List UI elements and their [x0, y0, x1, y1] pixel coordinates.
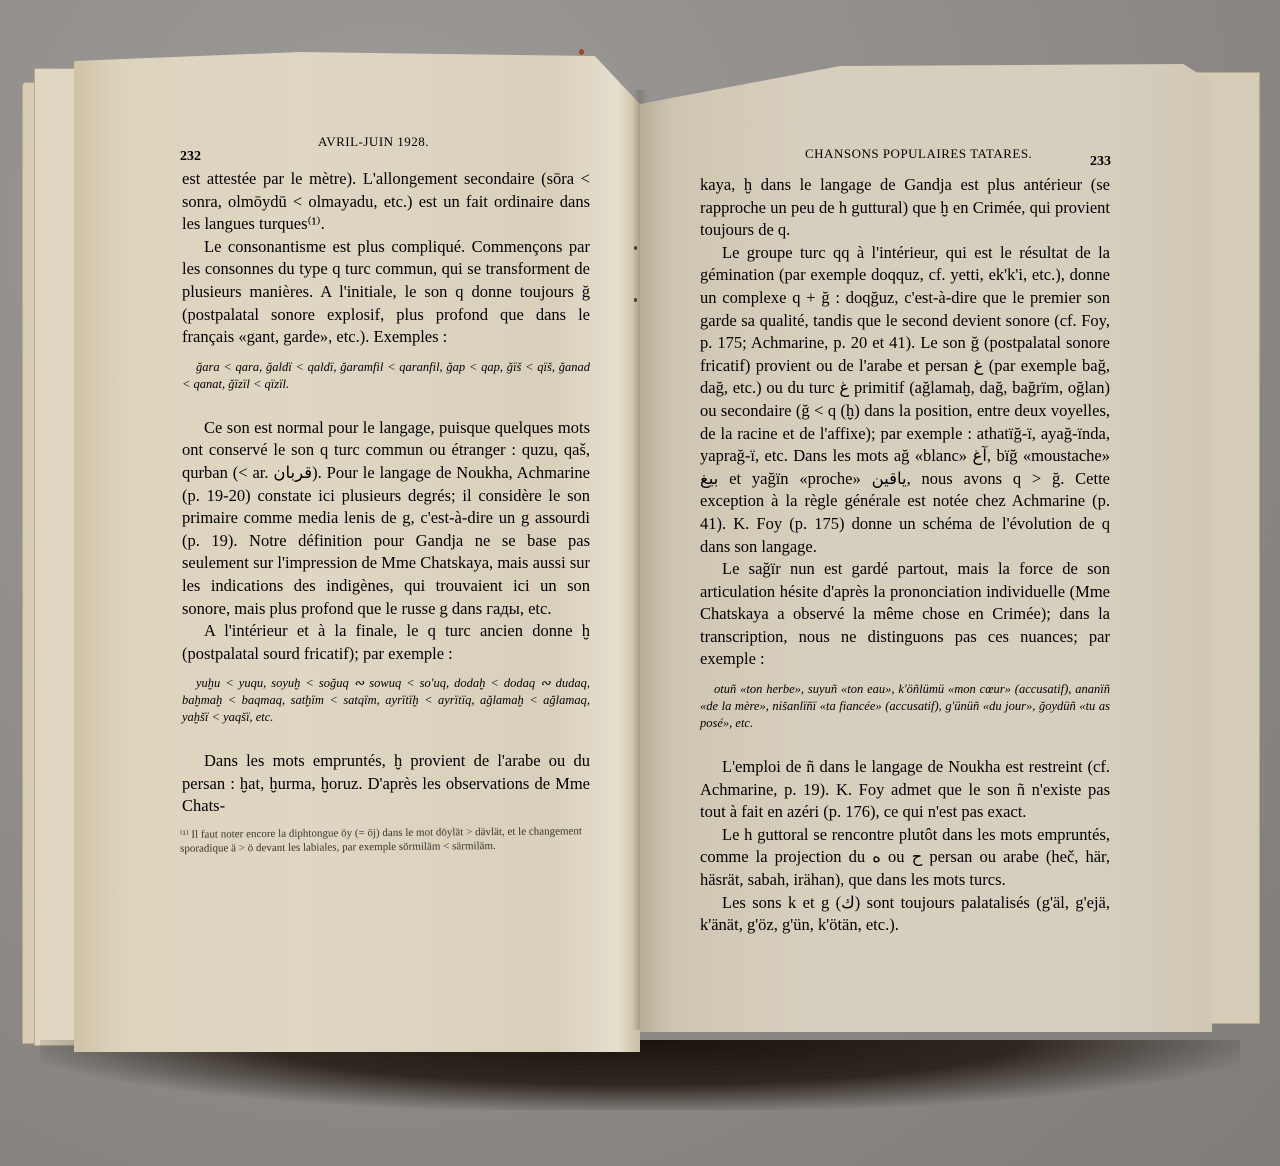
left-paragraph-5: Dans les mots empruntés, ḫ provient de l…	[182, 750, 590, 818]
red-speck	[579, 49, 584, 55]
binding-hole	[634, 246, 637, 250]
left-paragraph-4: A l'intérieur et à la finale, le q turc …	[182, 620, 590, 665]
left-paragraph-2: Le consonantisme est plus compliqué. Com…	[182, 236, 590, 349]
left-page-number: 232	[180, 149, 201, 165]
right-page-body: kaya, ḫ dans le langage de Gandja est pl…	[700, 174, 1110, 937]
left-page-body: est attestée par le mètre). L'allongemen…	[182, 168, 590, 818]
right-page-number: 233	[1090, 154, 1111, 170]
left-footnote: ⁽¹⁾ Il faut noter encore la diphtongue ö…	[180, 824, 590, 856]
right-example-1: otuñ «ton herbe», suyuñ «ton eau», k'öñl…	[700, 681, 1110, 732]
left-paragraph-1: est attestée par le mètre). L'allongemen…	[182, 168, 590, 236]
binding-hole	[634, 298, 637, 302]
right-paragraph-5: Le h guttoral se rencontre plutôt dans l…	[700, 824, 1110, 892]
right-paragraph-2: Le groupe turc qq à l'intérieur, qui est…	[700, 242, 1110, 558]
left-example-1: ğara < qara, ğaldï < qaldï, ğaramfil < q…	[182, 359, 590, 393]
left-paragraph-3: Ce son est normal pour le langage, puisq…	[182, 417, 590, 620]
left-example-2: yuḫu < yuqu, soyuḫ < soğuq ∾ sowuq < so'…	[182, 675, 590, 726]
right-paragraph-3: Le sağïr nun est gardé partout, mais la …	[700, 558, 1110, 671]
right-paragraph-4: L'emploi de ñ dans le langage de Noukha …	[700, 756, 1110, 824]
right-paragraph-1: kaya, ḫ dans le langage de Gandja est pl…	[700, 174, 1110, 242]
right-running-head: CHANSONS POPULAIRES TATARES.	[805, 146, 1032, 162]
right-paragraph-6: Les sons k et g (ك) sont toujours palata…	[700, 892, 1110, 937]
left-running-head: AVRIL-JUIN 1928.	[318, 134, 429, 150]
